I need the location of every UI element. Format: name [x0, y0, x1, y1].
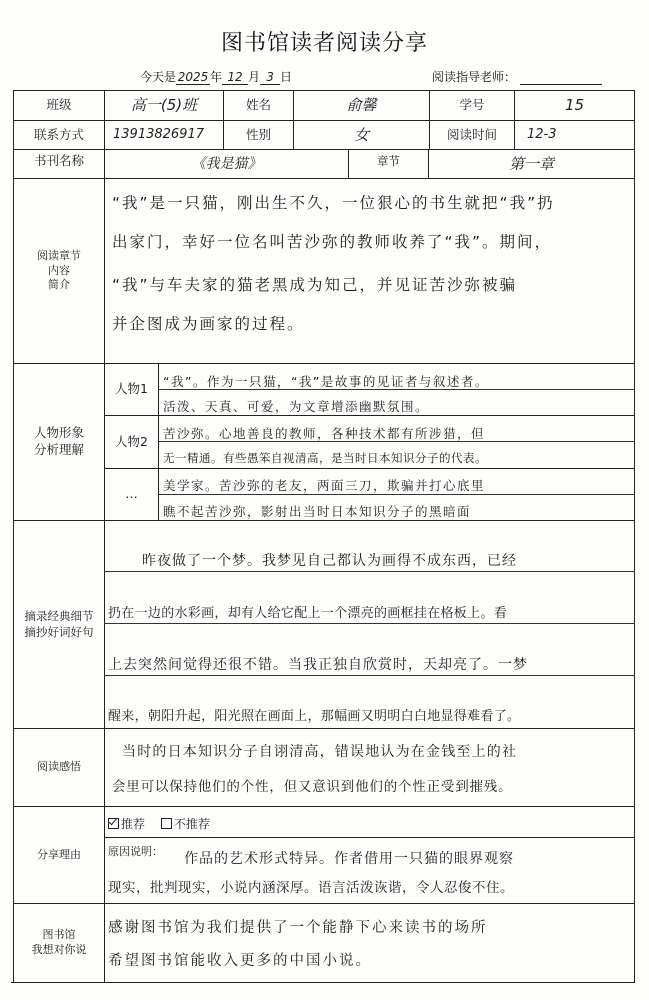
contact-value[interactable]: 13913826917 — [105, 121, 223, 149]
excerpt-label-line: 摘录经典细节 — [25, 609, 94, 625]
not-recommend-label: 不推荐 — [174, 817, 210, 831]
excerpt-line: 醒来，朝阳升起，阳光照在画面上，那幅画又明明白白地显得难看了。 — [108, 705, 520, 724]
chapter-label: 章节 — [349, 150, 428, 174]
excerpt-line: 昨夜做了一个梦。我梦见自己都认为画得不成东西，已经 — [142, 550, 517, 570]
book-title-value[interactable]: 《我是猫》 — [105, 150, 348, 178]
excerpt-label-line: 摘抄好词好句 — [25, 625, 94, 641]
reason-line: 作品的艺术形式特异。作者借用一只猫的眼界观察 — [184, 848, 514, 868]
excerpt-label: 摘录经典细节 摘抄好词好句 — [14, 521, 104, 728]
checkbox-checked-icon — [108, 818, 119, 829]
summary-label: 阅读章节 内容 简介 — [14, 179, 104, 363]
character-2-label: 人物2 — [105, 416, 158, 468]
not-recommend-checkbox[interactable]: 不推荐 — [161, 817, 210, 831]
library-message-line: 希望图书馆能收入更多的中国小说。 — [108, 949, 372, 970]
character-1-label: 人物1 — [105, 364, 158, 415]
reason-text[interactable]: 作品的艺术形式特异。作者借用一只猫的眼界观察 现实，批判现实，小说内涵深厚。语言… — [108, 838, 633, 903]
recommend-checkbox[interactable]: 推荐 — [108, 817, 145, 831]
summary-line: “我”与车夫家的猫老黑成为知己，并见证苦沙弥被骗 — [112, 273, 517, 295]
reading-time-value[interactable]: 12-3 — [515, 121, 634, 149]
teacher-line: 阅读指导老师： — [432, 68, 602, 85]
recommend-label: 推荐 — [121, 817, 145, 831]
teacher-field[interactable] — [520, 72, 602, 85]
date-year-suffix: 年 — [210, 70, 222, 84]
character-more-label: … — [105, 469, 158, 520]
recommend-options: 推荐 不推荐 — [108, 815, 210, 832]
date-month-suffix: 月 — [248, 70, 260, 84]
summary-text[interactable]: “我”是一只猫，刚出生不久，一位狠心的书生就把“我”扔 出家门，幸好一位名叫苦沙… — [112, 179, 632, 363]
gender-value[interactable]: 女 — [294, 121, 429, 149]
summary-label-line: 简介 — [48, 278, 70, 293]
page-title: 图书馆读者阅读分享 — [0, 26, 649, 57]
date-month[interactable]: 12 — [222, 70, 248, 85]
library-label-line: 我想对你说 — [32, 943, 87, 958]
excerpt-line: 扔在一边的水彩画，却有人给它配上一个漂亮的画框挂在格板上。看 — [108, 602, 507, 621]
library-message-label: 图书馆 我想对你说 — [14, 904, 104, 982]
class-value[interactable]: 高一(5)班 — [105, 91, 223, 120]
insight-label: 阅读感悟 — [14, 729, 104, 806]
name-label: 姓名 — [224, 91, 293, 120]
name-value[interactable]: 俞馨 — [294, 91, 429, 120]
summary-label-line: 内容 — [48, 264, 70, 279]
character-more-line: 瞧不起苦沙弥，影射出当时日本知识分子的黑暗面 — [163, 502, 471, 520]
date-year[interactable]: 2025 — [176, 70, 210, 85]
character-1-line: “我”。作为一只猫，“我”是故事的见证者与叙述者。 — [163, 372, 489, 390]
summary-label-line: 阅读章节 — [37, 249, 81, 264]
character-1-line: 活泼、天真、可爱，为文章增添幽默氛围。 — [163, 397, 429, 415]
student-id-label: 学号 — [430, 91, 514, 120]
date-prefix: 今天是 — [140, 70, 176, 84]
student-id-value[interactable]: 15 — [515, 91, 634, 120]
date-day-suffix: 日 — [280, 70, 292, 84]
summary-line: 并企图成为画家的过程。 — [112, 312, 305, 334]
characters-label: 人物形象 分析理解 — [14, 364, 104, 520]
class-label: 班级 — [14, 91, 104, 120]
character-more-line: 美学家。苦沙弥的老友，两面三刀，欺骗并打心底里 — [163, 476, 485, 494]
character-2-line: 无一精通。有些愚笨自视清高，是当时日本知识分子的代表。 — [163, 450, 487, 466]
share-reason-label: 分享理由 — [14, 807, 104, 903]
contact-label: 联系方式 — [14, 121, 104, 149]
library-message-text[interactable]: 感谢图书馆为我们提供了一个能静下心来读书的场所 希望图书馆能收入更多的中国小说。 — [108, 904, 633, 982]
summary-line: “我”是一只猫，刚出生不久，一位狠心的书生就把“我”扔 — [112, 191, 555, 213]
row-divider — [13, 806, 635, 807]
insight-line: 会里可以保持他们的个性，但又意识到他们的个性正受到摧残。 — [112, 775, 512, 795]
checkbox-empty-icon — [161, 818, 172, 829]
library-label-line: 图书馆 — [43, 928, 76, 943]
characters-label-line: 人物形象 — [34, 425, 84, 442]
teacher-label: 阅读指导老师： — [432, 70, 516, 84]
excerpt-text[interactable]: 昨夜做了一个梦。我梦见自己都认为画得不成东西，已经 扔在一边的水彩画，却有人给它… — [108, 521, 633, 728]
chapter-value[interactable]: 第一章 — [429, 150, 634, 178]
characters-text[interactable]: “我”。作为一只猫，“我”是故事的见证者与叙述者。 活泼、天真、可爱，为文章增添… — [163, 364, 633, 520]
gender-label: 性别 — [224, 121, 293, 149]
table-border-right — [634, 90, 635, 982]
date-line: 今天是2025年12月3日 — [140, 68, 292, 85]
book-title-label: 书刊名称 — [14, 150, 104, 172]
reading-time-label: 阅读时间 — [430, 121, 514, 149]
reason-line: 现实，批判现实，小说内涵深厚。语言活泼诙谐，令人忍俊不住。 — [108, 876, 514, 896]
insight-text[interactable]: 当时的日本知识分子自诩清高，错误地认为在金钱至上的社 会里可以保持他们的个性，但… — [112, 729, 633, 806]
characters-label-line: 分析理解 — [34, 442, 84, 459]
date-day[interactable]: 3 — [260, 70, 280, 85]
library-message-line: 感谢图书馆为我们提供了一个能静下心来读书的场所 — [108, 916, 488, 937]
label-column-divider — [104, 90, 105, 982]
excerpt-line: 上去突然间觉得还很不错。当我正独自欣赏时，天却亮了。一梦 — [108, 654, 528, 674]
summary-line: 出家门，幸好一位名叫苦沙弥的教师收养了“我”。期间， — [112, 230, 552, 252]
insight-line: 当时的日本知识分子自诩清高，错误地认为在金钱至上的社 — [122, 741, 517, 761]
character-2-line: 苦沙弥。心地善良的教师，各种技术都有所涉猎，但 — [163, 424, 485, 442]
table-border-bottom — [11, 982, 635, 983]
